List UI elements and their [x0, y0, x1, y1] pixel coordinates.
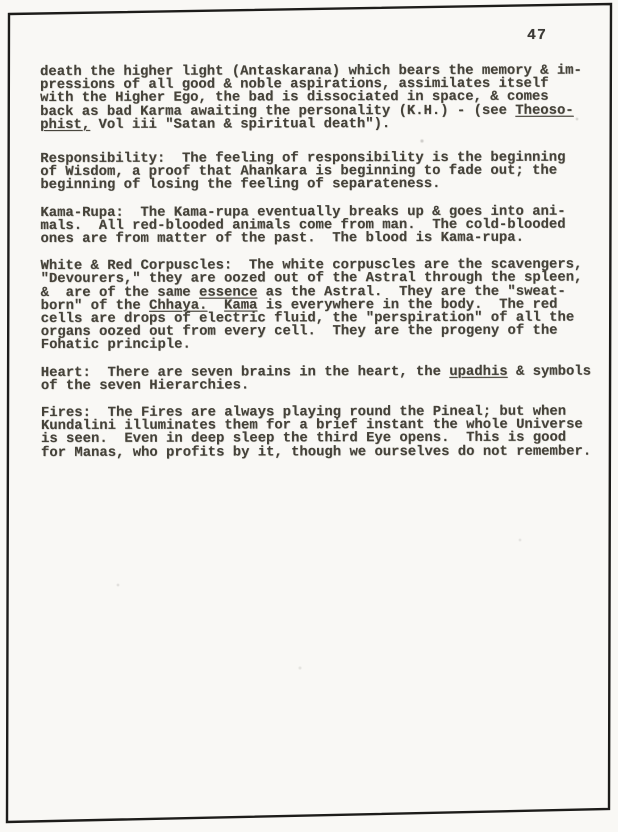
- paragraph-antaskarana: death the higher light (Antaskarana) whi…: [40, 65, 606, 132]
- scanned-page: 47 death the higher light (Antaskarana) …: [0, 0, 618, 832]
- text-segment: for Manas, who profits by it, though we …: [41, 443, 591, 460]
- paragraph-white-red-corpuscles: White & Red Corpuscles: The white corpus…: [41, 259, 607, 353]
- text-segment: & symbols: [508, 363, 591, 379]
- text-segment: Vol iii "Satan & spiritual death").: [90, 116, 390, 133]
- paragraph-fires: Fires: The Fires are always playing roun…: [41, 406, 607, 460]
- underlined-text-segment: upadhis: [449, 363, 507, 379]
- paragraph-responsibility: Responsibility: The feeling of responsib…: [40, 152, 606, 193]
- paragraph-heart: Heart: There are seven brains in the hea…: [41, 365, 607, 393]
- underlined-text-segment: phist,: [40, 117, 90, 133]
- text-segment: beginning of losing the feeling of separ…: [40, 176, 440, 193]
- underlined-text-segment: Theoso-: [515, 102, 573, 118]
- text-segment: of the seven Hierarchies.: [41, 377, 249, 394]
- text-block: death the higher light (Antaskarana) whi…: [40, 65, 607, 474]
- text-segment: ones are from matter of the past. The bl…: [40, 230, 524, 247]
- text-segment: Fohatic principle.: [41, 337, 191, 353]
- page-number: 47: [527, 27, 547, 44]
- paragraph-kama-rupa: Kama-Rupa: The Kama-rupa eventually brea…: [40, 205, 606, 246]
